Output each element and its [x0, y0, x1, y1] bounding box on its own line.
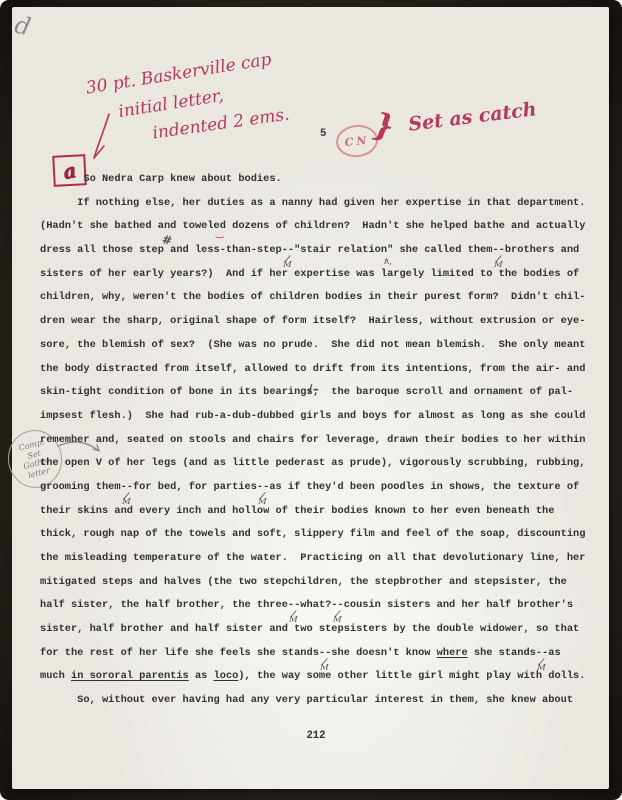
typescript-line: for the rest of her life she feels she s… — [40, 642, 592, 666]
typescript-line: sister, half brother and half sister and… — [40, 618, 592, 642]
typescript-line: thick, rough nap of the towels and soft,… — [40, 523, 592, 547]
typescript-line: So, without ever having had any very par… — [40, 689, 592, 713]
typescript-line: mitigated steps and halves (the two step… — [40, 571, 592, 595]
typescript-line: children, why, weren't the bodies of chi… — [40, 286, 592, 310]
underlined-text: in sororal parentis — [71, 670, 189, 682]
typescript-line: remember and, seated on stools and chair… — [40, 429, 592, 453]
typescript-line: So Nedra Carp knew about bodies. — [40, 168, 592, 192]
typescript-line: the open V of her legs (and as little pe… — [40, 452, 592, 476]
photo-frame: d 30 pt. Baskerville cap initial letter,… — [0, 0, 622, 800]
typescript-body: So Nedra Carp knew about bodies. If noth… — [40, 168, 592, 713]
typescript-line: much in sororal parentis as loco), the w… — [40, 665, 592, 689]
chapter-number-label: CN — [344, 133, 370, 149]
typescript-line: dren wear the sharp, original shape of f… — [40, 310, 592, 334]
typescript-line: If nothing else, her duties as a nanny h… — [40, 192, 592, 216]
underlined-text: loco — [214, 670, 239, 682]
typescript-line: skin-tight condition of bone in its bear… — [40, 381, 592, 405]
typescript-line: the body distracted from itself, allowed… — [40, 358, 592, 382]
typescript-line: the misleading temperature of the water.… — [40, 547, 592, 571]
typescript-line: grooming them--for bed, for parties--as … — [40, 476, 592, 500]
typescript-line: their skins and every inch and hollow of… — [40, 500, 592, 524]
typescript-line: half sister, the half brother, the three… — [40, 594, 592, 618]
typescript-line: (Hadn't she bathed and toweled dozens of… — [40, 215, 592, 239]
page-folio: 212 — [40, 730, 592, 742]
underlined-text: where — [437, 647, 468, 659]
typescript-line: sore, the blemish of sex? (She was no pr… — [40, 334, 592, 358]
typescript-line: impsest flesh.) She had rub-a-dub-dubbed… — [40, 405, 592, 429]
typed-page-number: 5 — [320, 128, 326, 140]
typescript-line: sisters of her early years?) And if her … — [40, 263, 592, 287]
typescript-line: dress all those step and less-than-step-… — [40, 239, 592, 263]
